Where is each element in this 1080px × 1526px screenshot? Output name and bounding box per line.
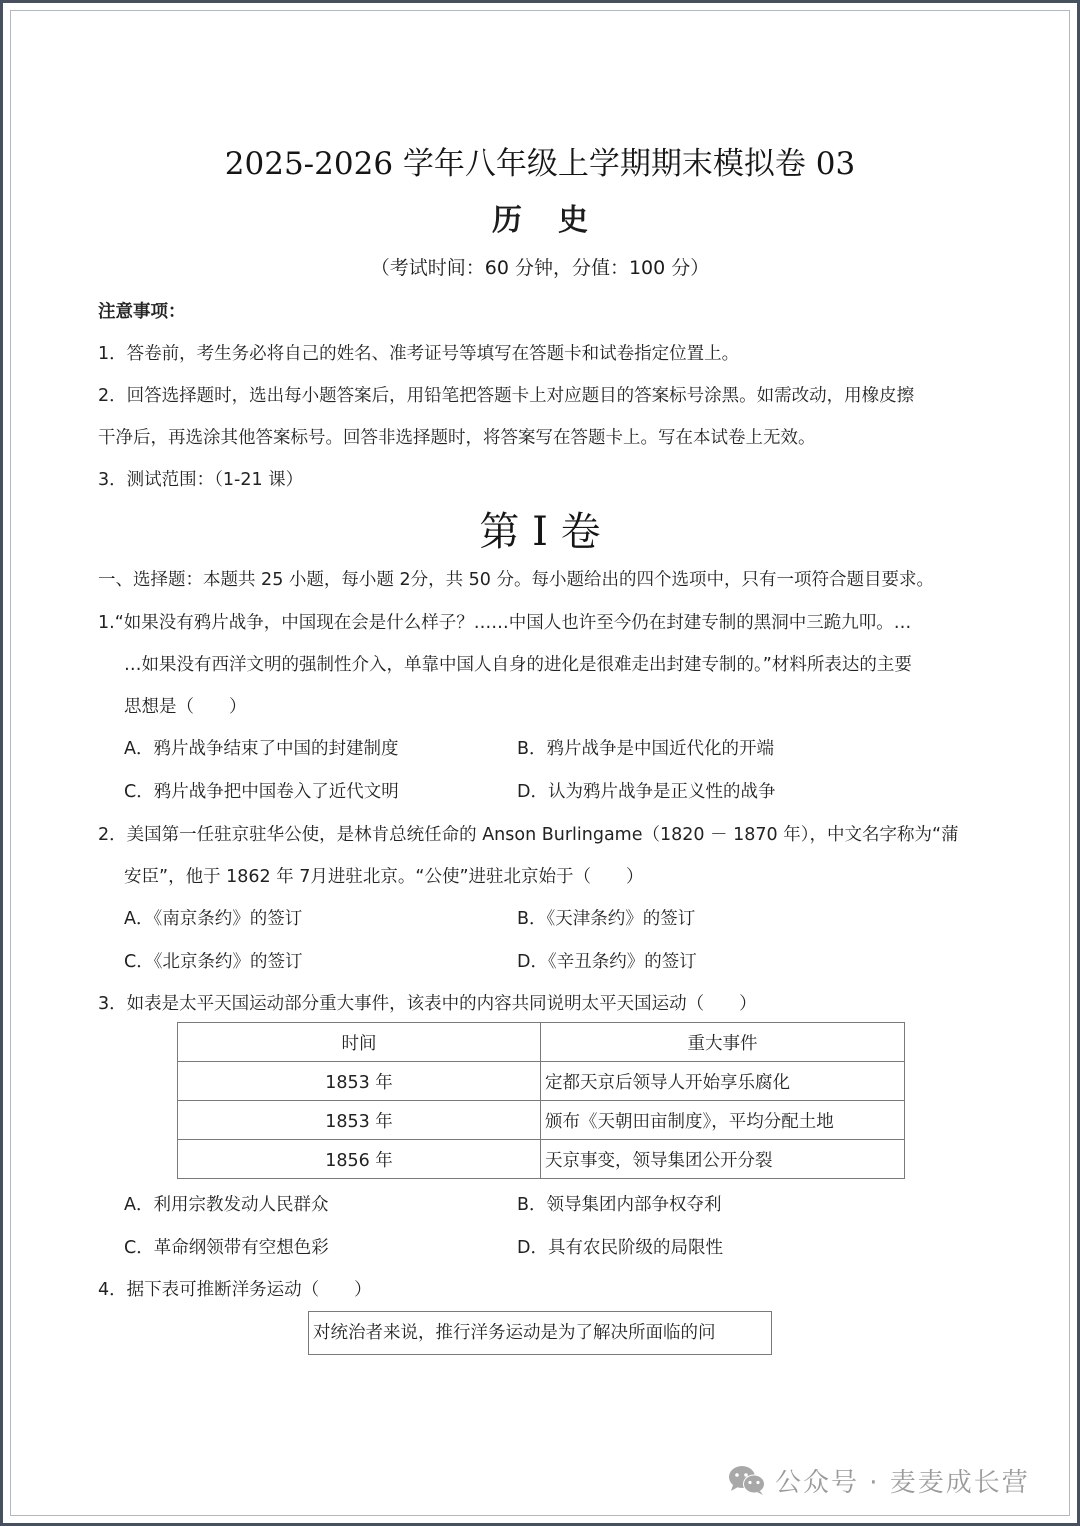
section-instructions: 一、选择题：本题共 25 小题，每小题 2分，共 50 分。每小题给出的四个选项…	[98, 566, 934, 591]
events-table: 时间 重大事件 1853 年 定都天京后领导人开始享乐腐化 1853 年 颁布《…	[177, 1022, 905, 1179]
note-item: 2．回答选择题时，选出每小题答案后，用铅笔把答题卡上对应题目的答案标号涂黑。如需…	[98, 382, 914, 407]
option-c[interactable]: C．《北京条约》的签订	[124, 948, 302, 973]
option-b[interactable]: B．《天津条约》的签订	[517, 905, 695, 930]
option-a[interactable]: A．鸦片战争结束了中国的封建制度	[124, 735, 398, 760]
option-c[interactable]: C．鸦片战争把中国卷入了近代文明	[124, 778, 399, 803]
option-c[interactable]: C．革命纲领带有空想色彩	[124, 1234, 329, 1259]
question-text: …如果没有西洋文明的强制性介入，单靠中国人自身的进化是很难走出封建专制的。”材料…	[124, 651, 912, 676]
table-cell-year: 1856 年	[178, 1140, 541, 1179]
table-header-row: 时间 重大事件	[178, 1023, 905, 1062]
exam-info: （考试时间：60 分钟，分值：100 分）	[0, 253, 1080, 280]
table-header-time: 时间	[178, 1023, 541, 1062]
question-text: 4．据下表可推断洋务运动（ ）	[98, 1276, 372, 1301]
question-text: 安臣”，他于 1862 年 7月进驻北京。“公使”进驻北京始于（ ）	[124, 863, 644, 888]
table-cell-event: 颁布《天朝田亩制度》，平均分配土地	[541, 1101, 905, 1140]
table-cell-year: 1853 年	[178, 1062, 541, 1101]
table-cell-event: 天京事变，领导集团公开分裂	[541, 1140, 905, 1179]
option-b[interactable]: B．领导集团内部争权夺利	[517, 1191, 722, 1216]
question-text: 思想是（ ）	[124, 693, 247, 718]
table-cell-event: 定都天京后领导人开始享乐腐化	[541, 1062, 905, 1101]
note-item: 3．测试范围：（1-21 课）	[98, 466, 303, 491]
table-row: 1853 年 颁布《天朝田亩制度》，平均分配土地	[178, 1101, 905, 1140]
option-d[interactable]: D．具有农民阶级的局限性	[517, 1234, 723, 1259]
wechat-icon	[727, 1464, 767, 1496]
watermark-text: 公众号 · 麦麦成长营	[775, 1462, 1030, 1499]
option-d[interactable]: D．认为鸦片战争是正义性的战争	[517, 778, 775, 803]
option-d[interactable]: D．《辛丑条约》的签订	[517, 948, 697, 973]
option-b[interactable]: B．鸦片战争是中国近代化的开端	[517, 735, 774, 760]
question-text: 2．美国第一任驻京驻华公使，是林肯总统任命的 Anson Burlingame（…	[98, 821, 959, 846]
table-cell-year: 1853 年	[178, 1101, 541, 1140]
material-box: 对统治者来说，推行洋务运动是为了解决所面临的问	[308, 1311, 772, 1355]
option-a[interactable]: A．《南京条约》的签订	[124, 905, 302, 930]
option-a[interactable]: A．利用宗教发动人民群众	[124, 1191, 328, 1216]
table-row: 1853 年 定都天京后领导人开始享乐腐化	[178, 1062, 905, 1101]
table-header-event: 重大事件	[541, 1023, 905, 1062]
question-text: 3．如表是太平天国运动部分重大事件，该表中的内容共同说明太平天国运动（ ）	[98, 990, 757, 1015]
note-item: 1．答卷前，考生务必将自己的姓名、准考证号等填写在答题卡和试卷指定位置上。	[98, 340, 739, 365]
notes-heading: 注意事项：	[98, 298, 186, 323]
table-row: 1856 年 天京事变，领导集团公开分裂	[178, 1140, 905, 1179]
question-text: 1.“如果没有鸦片战争，中国现在会是什么样子？……中国人也许至今仍在封建专制的黑…	[98, 609, 911, 634]
exam-subject: 历史	[0, 195, 1080, 239]
watermark: 公众号 · 麦麦成长营	[727, 1462, 1030, 1498]
exam-title: 2025-2026 学年八年级上学期期末模拟卷 03	[0, 138, 1080, 183]
note-item: 干净后，再选涂其他答案标号。回答非选择题时，将答案写在答题卡上。写在本试卷上无效…	[98, 424, 816, 449]
section-title: 第 I 卷	[0, 500, 1080, 557]
